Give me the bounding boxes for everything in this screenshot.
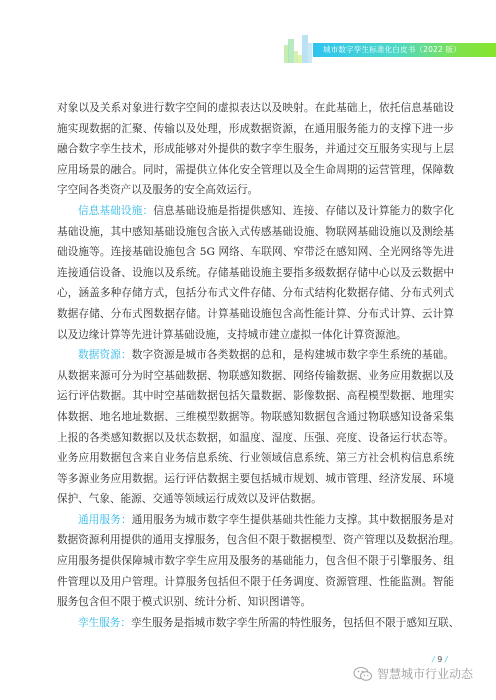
term-info-infrastructure: 信息基础设施： xyxy=(78,205,153,217)
text-line: 通用服务：通用服务为城市数字孪生提供基础共性能力支撑。其中数据服务是对 xyxy=(57,510,454,531)
text-line: 础设施等。连接基础设施包含 5G 网络、车联网、窄带泛在感知网、全光网络等先进 xyxy=(57,242,454,263)
text-line: 孪生服务：孪生服务是指城市数字孪生所需的特性服务，包括但不限于感知互联、 xyxy=(57,613,454,634)
text-line: 应用场景的融合。同时，需提供立体化安全管理以及全生命周期的运营管理，保障数 xyxy=(57,160,454,181)
watermark: 智慧城市行业动态 xyxy=(353,665,473,682)
term-general-services: 通用服务： xyxy=(78,514,132,526)
document-body: 对象以及关系对象进行数字空间的虚拟表达以及映射。在此基础上，依托信息基础设 施实… xyxy=(57,98,454,633)
text-line: 数据资源利用提供的通用支撑服务，包含但不限于数据模型、资产管理以及数据治理。 xyxy=(57,530,454,551)
text-line: 运行评估数据。其中时空基础数据包括矢量数据、影像数据、高程模型数据、地理实 xyxy=(57,386,454,407)
wechat-icon xyxy=(353,666,373,682)
paragraph-data-resources: 数据资源：数字资源是城市各类数据的总和，是构建城市数字孪生系统的基础。 从数据来… xyxy=(57,345,454,510)
text-line: 体数据、地名地址数据、三维模型数据等。物联感知数据包含通过物联感知设备采集 xyxy=(57,407,454,428)
text-fragment: 数字资源是城市各类数据的总和，是构建城市数字孪生系统的基础。 xyxy=(132,349,454,361)
text-line: 以及边缘计算等先进计算基础设施，支持城市建立虚拟一体化计算资源池。 xyxy=(57,325,454,346)
text-fragment: 孪生服务是指城市数字孪生所需的特性服务，包括但不限于感知互联、 xyxy=(131,617,459,629)
watermark-text: 智慧城市行业动态 xyxy=(377,665,473,682)
paragraph-intro: 对象以及关系对象进行数字空间的虚拟表达以及映射。在此基础上，依托信息基础设 施实… xyxy=(57,98,454,201)
slash-decoration: / xyxy=(442,655,447,664)
page-number: / 9 / xyxy=(432,655,448,664)
text-line: 应用服务提供保障城市数字孪生应用及服务的基础能力，包含但不限于引擎服务、组 xyxy=(57,551,454,572)
document-title: 城市数字孪生标准化白皮书（2022 版） xyxy=(323,43,461,57)
text-line: 字空间各类资产以及服务的安全高效运行。 xyxy=(57,180,454,201)
text-line: 基础设施，其中感知基础设施包含嵌入式传感基础设施、物联网基础设施以及测绘基 xyxy=(57,222,454,243)
term-twin-services: 孪生服务： xyxy=(78,617,131,629)
paragraph-twin-services: 孪生服务：孪生服务是指城市数字孪生所需的特性服务，包括但不限于感知互联、 xyxy=(57,613,454,634)
text-line: 上报的各类感知数据以及状态数据，如温度、湿度、压强、亮度、设备运行状态等。 xyxy=(57,428,454,449)
text-line: 心，涵盖多种存储方式，包括分布式文件存储、分布式结构化数据存储、分布式列式 xyxy=(57,283,454,304)
text-line: 数据存储、分布式图数据存储。计算基础设施包含高性能计算、分布式计算、云计算 xyxy=(57,304,454,325)
text-line: 服务包含但不限于模式识别、统计分析、知识图谱等。 xyxy=(57,592,454,613)
term-data-resources: 数据资源： xyxy=(78,349,132,361)
paragraph-general-services: 通用服务：通用服务为城市数字孪生提供基础共性能力支撑。其中数据服务是对 数据资源… xyxy=(57,510,454,613)
text-fragment: 信息基础设施是指提供感知、连接、存储以及计算能力的数字化 xyxy=(153,205,454,217)
paragraph-info-infrastructure: 信息基础设施：信息基础设施是指提供感知、连接、存储以及计算能力的数字化 基础设施… xyxy=(57,201,454,345)
text-line: 对象以及关系对象进行数字空间的虚拟表达以及映射。在此基础上，依托信息基础设 xyxy=(57,98,454,119)
text-line: 件管理以及用户管理。计算服务包括但不限于任务调度、资源管理、性能监测。智能 xyxy=(57,572,454,593)
text-line: 数据资源：数字资源是城市各类数据的总和，是构建城市数字孪生系统的基础。 xyxy=(57,345,454,366)
text-line: 业务应用数据包含来自业务信息系统、行业领域信息系统、第三方社会机构信息系统 xyxy=(57,448,454,469)
text-line: 保护、气象、能源、交通等领域运行成效以及评估数据。 xyxy=(57,489,454,510)
text-line: 连接通信设备、设施以及系统。存储基础设施主要指多级数据存储中心以及云数据中 xyxy=(57,263,454,284)
text-line: 信息基础设施：信息基础设施是指提供感知、连接、存储以及计算能力的数字化 xyxy=(57,201,454,222)
text-line: 等多源业务应用数据。运行评估数据主要包括城市规划、城市管理、经济发展、环境 xyxy=(57,469,454,490)
text-line: 施实现数据的汇聚、传输以及处理，形成数据资源，在通用服务能力的支撑下进一步 xyxy=(57,119,454,140)
text-line: 从数据来源可分为时空基础数据、物联感知数据、网络传输数据、业务应用数据以及 xyxy=(57,366,454,387)
text-fragment: 通用服务为城市数字孪生提供基础共性能力支撑。其中数据服务是对 xyxy=(132,514,454,526)
text-line: 融合数字孪生技术，形成能够对外提供的数字孪生服务，并通过交互服务实现与上层 xyxy=(57,139,454,160)
